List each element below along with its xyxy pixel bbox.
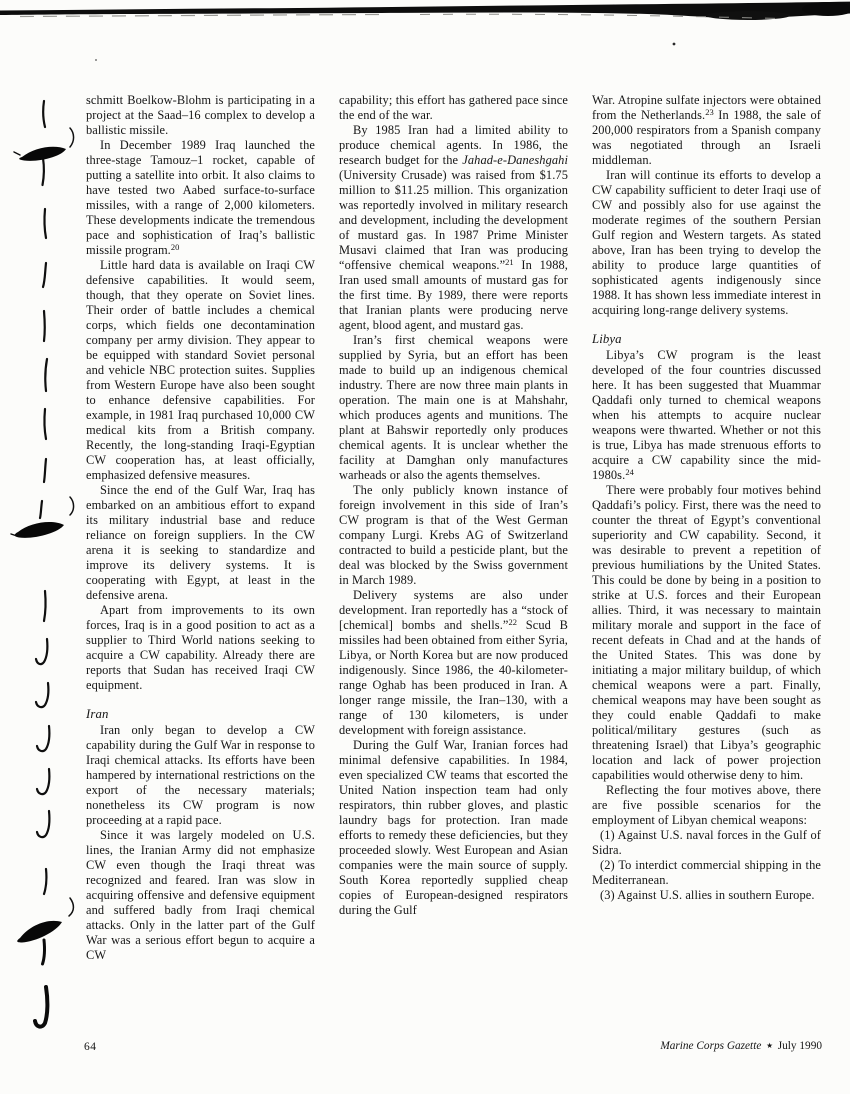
journal-title: Marine Corps Gazette [660, 1040, 761, 1052]
paragraph: Reflecting the four motives above, there… [592, 783, 821, 828]
column-right: War. Atropine sulfate injectors were obt… [592, 93, 821, 1047]
paragraph: Since the end of the Gulf War, Iraq has … [86, 483, 315, 603]
paragraph: Apart from improvements to its own force… [86, 603, 315, 693]
paragraph: By 1985 Iran had a limited ability to pr… [339, 123, 568, 333]
paragraph: Iran only began to develop a CW capabili… [86, 723, 315, 828]
page-number: 64 [84, 1041, 97, 1053]
paragraph: schmitt Boelkow-Blohm is participating i… [86, 93, 315, 138]
journal-credit: Marine Corps Gazette ★ July 1990 [660, 1040, 822, 1052]
paragraph: Since it was largely modeled on U.S. lin… [86, 828, 315, 963]
list-item: (2) To interdict commercial shipping in … [592, 858, 821, 888]
paragraph: capability; this effort has gathered pac… [339, 93, 568, 123]
paragraph: The only publicly known instance of fore… [339, 483, 568, 588]
list-item: (1) Against U.S. naval forces in the Gul… [592, 828, 821, 858]
paragraph: Libya’s CW program is the least develope… [592, 348, 821, 483]
paragraph: War. Atropine sulfate injectors were obt… [592, 93, 821, 168]
section-heading: Iran [86, 707, 315, 722]
paragraph: During the Gulf War, Iranian forces had … [339, 738, 568, 918]
column-center: capability; this effort has gathered pac… [339, 93, 568, 1047]
paragraph: Iran’s first chemical weapons were suppl… [339, 333, 568, 483]
list-item: (3) Against U.S. allies in southern Euro… [592, 888, 821, 903]
section-heading: Libya [592, 332, 821, 347]
paragraph: Delivery systems are also under developm… [339, 588, 568, 738]
paragraph: In December 1989 Iraq launched the three… [86, 138, 315, 258]
article-body: schmitt Boelkow-Blohm is participating i… [86, 93, 822, 1047]
paragraph: Little hard data is available on Iraqi C… [86, 258, 315, 483]
magazine-page: schmitt Boelkow-Blohm is participating i… [0, 0, 850, 1094]
issue-date: July 1990 [778, 1040, 822, 1052]
scan-artifact-top-edge [0, 0, 850, 30]
column-left: schmitt Boelkow-Blohm is participating i… [86, 93, 315, 1047]
paragraph: There were probably four motives behind … [592, 483, 821, 783]
star-icon: ★ [764, 1041, 775, 1050]
paragraph: Iran will continue its efforts to develo… [592, 168, 821, 318]
